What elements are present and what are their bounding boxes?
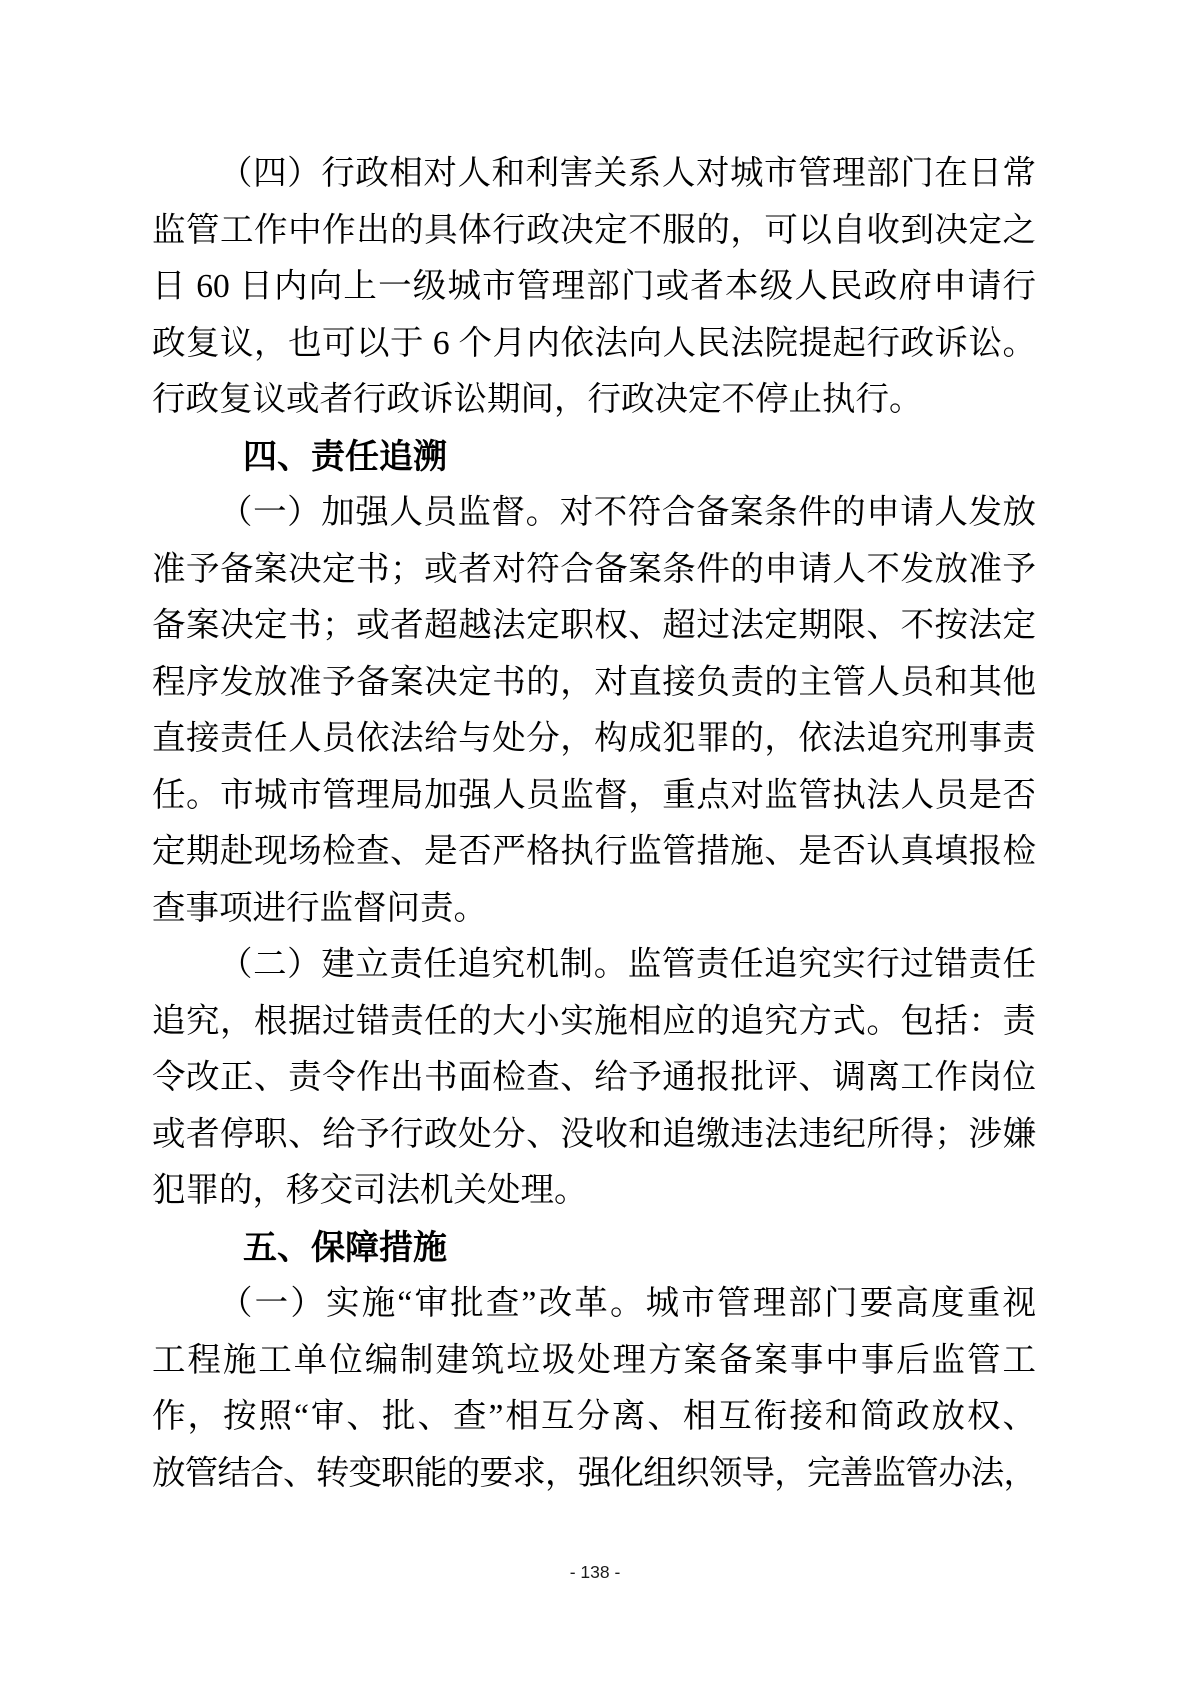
text-line: 追究，根据过错责任的大小实施相应的追究方式。包括：责 (152, 994, 1036, 1051)
text-line: 任。市城市管理局加强人员监督，重点对监管执法人员是否 (152, 768, 1036, 825)
text-line: 监管工作中作出的具体行政决定不服的，可以自收到决定之 (152, 203, 1036, 260)
document-body: （四）行政相对人和利害关系人对城市管理部门在日常 监管工作中作出的具体行政决定不… (152, 146, 1036, 1502)
text-line: 犯罪的，移交司法机关处理。 (152, 1163, 1036, 1220)
paragraph-2: （一）加强人员监督。对不符合备案条件的申请人发放 准予备案决定书；或者对符合备案… (152, 485, 1036, 937)
text-line: 令改正、责令作出书面检查、给予通报批评、调离工作岗位 (152, 1050, 1036, 1107)
text-line: （一）加强人员监督。对不符合备案条件的申请人发放 (152, 485, 1036, 542)
text-line: 查事项进行监督问责。 (152, 881, 1036, 938)
text-line: 程序发放准予备案决定书的，对直接负责的主管人员和其他 (152, 655, 1036, 712)
text-line: （一）实施“审批查”改革。城市管理部门要高度重视 (152, 1276, 1036, 1333)
text-line: 准予备案决定书；或者对符合备案条件的申请人不发放准予 (152, 542, 1036, 599)
text-line: 备案决定书；或者超越法定职权、超过法定期限、不按法定 (152, 598, 1036, 655)
text-line: （二）建立责任追究机制。监管责任追究实行过错责任 (152, 937, 1036, 994)
text-line: （四）行政相对人和利害关系人对城市管理部门在日常 (152, 146, 1036, 203)
text-line: 直接责任人员依法给与处分，构成犯罪的，依法追究刑事责 (152, 711, 1036, 768)
text-line: 或者停职、给予行政处分、没收和追缴违法违纪所得；涉嫌 (152, 1107, 1036, 1164)
section-heading-5: 五、保障措施 (152, 1220, 1036, 1277)
document-page: （四）行政相对人和利害关系人对城市管理部门在日常 监管工作中作出的具体行政决定不… (0, 0, 1190, 1683)
paragraph-4: （一）实施“审批查”改革。城市管理部门要高度重视 工程施工单位编制建筑垃圾处理方… (152, 1276, 1036, 1502)
text-line: 定期赴现场检查、是否严格执行监管措施、是否认真填报检 (152, 824, 1036, 881)
text-line: 作，按照“审、批、查”相互分离、相互衔接和简政放权、 (152, 1389, 1036, 1446)
text-line: 行政复议或者行政诉讼期间，行政决定不停止执行。 (152, 372, 1036, 429)
paragraph-3: （二）建立责任追究机制。监管责任追究实行过错责任 追究，根据过错责任的大小实施相… (152, 937, 1036, 1220)
text-line: 日 60 日内向上一级城市管理部门或者本级人民政府申请行 (152, 259, 1036, 316)
section-heading-4: 四、责任追溯 (152, 429, 1036, 486)
text-line: 工程施工单位编制建筑垃圾处理方案备案事中事后监管工 (152, 1333, 1036, 1390)
paragraph-1: （四）行政相对人和利害关系人对城市管理部门在日常 监管工作中作出的具体行政决定不… (152, 146, 1036, 429)
page-number: - 138 - (0, 1562, 1190, 1582)
text-line: 政复议，也可以于 6 个月内依法向人民法院提起行政诉讼。 (152, 316, 1036, 373)
text-line: 放管结合、转变职能的要求，强化组织领导，完善监管办法， (152, 1446, 1036, 1503)
